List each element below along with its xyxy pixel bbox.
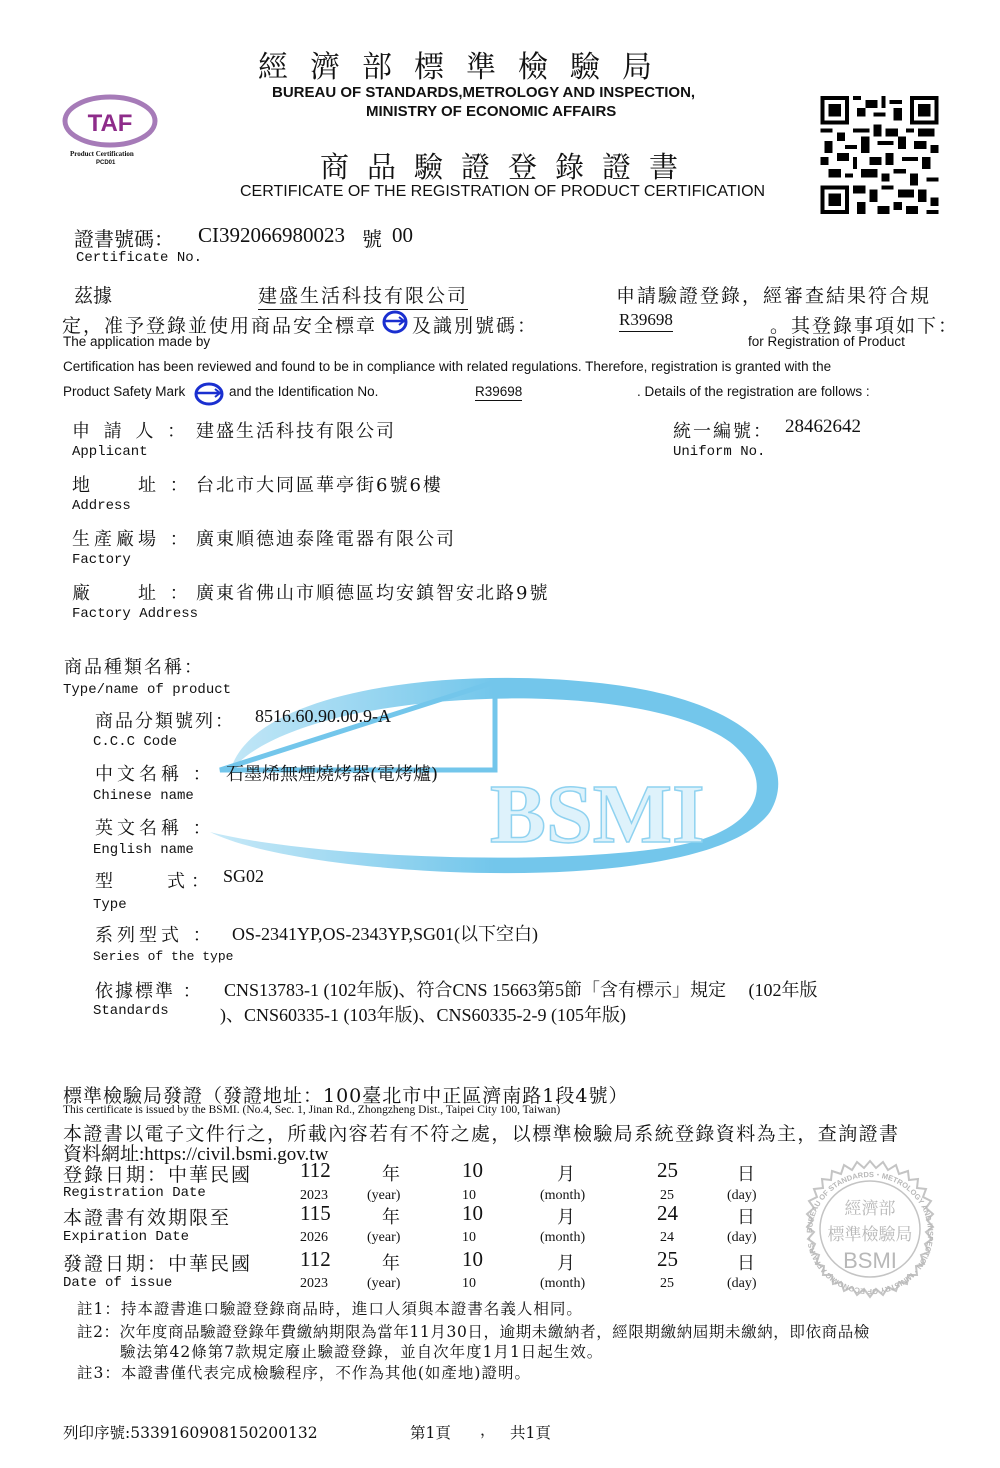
uniform-no-label: 統一編號： (673, 417, 773, 443)
statement-company: 建盛生活科技有限公司 (258, 281, 468, 310)
svg-text:BSMI: BSMI (843, 1248, 897, 1273)
certificate-no-label-en: Certificate No. (76, 250, 202, 266)
type-label-en: Type (93, 897, 127, 913)
ccc-code-label-en: C.C.C Code (93, 734, 177, 750)
issue-roc-year: 112 (300, 1247, 331, 1272)
uniform-no-label-en: Uniform No. (673, 444, 765, 460)
day-unit-en: (day) (727, 1276, 757, 1292)
factory-address-value: 廣東省佛山市順德區均安鎮智安北路9號 (196, 579, 549, 605)
print-serial: 列印序號:5339160908150200132 (63, 1421, 318, 1443)
issue-day: 25 (657, 1247, 678, 1272)
expiration-year: 2026 (300, 1230, 328, 1246)
address-label: 地 址 ： (72, 471, 192, 497)
factory-label-en: Factory (72, 552, 131, 568)
standards-line1: CNS13783-1 (102年版)、符合CNS 15663第5節「含有標示」規… (224, 976, 818, 1002)
expiration-roc-year: 115 (300, 1201, 331, 1226)
issue-date-label: 發證日期：中華民國 (63, 1249, 252, 1276)
issue-date-label-en: Date of issue (63, 1275, 172, 1291)
issue-day-en: 25 (660, 1276, 674, 1292)
day-unit: 日 (737, 1249, 755, 1275)
applicant-label-en: Applicant (72, 444, 148, 460)
year-unit: 年 (382, 1203, 400, 1229)
address-value: 台北市大同區華亭街6號6樓 (196, 471, 443, 497)
standards-label-en: Standards (93, 1003, 169, 1019)
certificate-no-suffix-label: 號 (362, 223, 382, 252)
taf-caption: Product Certification (70, 150, 134, 158)
factory-address-label-en: Factory Address (72, 606, 198, 622)
day-unit: 日 (737, 1160, 755, 1186)
svg-text:標準檢驗局: 標準檢驗局 (828, 1225, 913, 1245)
issue-month: 10 (462, 1247, 483, 1272)
agency-title-en-line1: BUREAU OF STANDARDS,METROLOGY AND INSPEC… (272, 84, 695, 101)
factory-value: 廣東順德迪泰隆電器有限公司 (196, 525, 456, 551)
registration-date-label-en: Registration Date (63, 1185, 206, 1201)
day-unit-en: (day) (727, 1230, 757, 1246)
english-name-label-en: English name (93, 842, 194, 858)
bsmi-official-seal: BUREAU OF STANDARDS・METROLOGY AND INSPEC… (790, 1158, 950, 1308)
standards-line2: )、CNS60335-1 (103年版)、CNS60335-2-9 (105年版… (220, 1001, 626, 1027)
uniform-no-value: 28462642 (785, 416, 861, 438)
statement-en-line2: Certification has been reviewed and foun… (63, 359, 831, 374)
certificate-no-value: CI392066980023 (198, 223, 345, 248)
registration-month: 10 (462, 1158, 483, 1183)
note-2-continued: 驗法第42條第7款規定廢止驗證登錄，並自次年度1月1日起生效。 (120, 1340, 603, 1362)
year-unit-en: (year) (367, 1230, 400, 1246)
month-unit-en: (month) (540, 1230, 585, 1246)
expiration-month-en: 10 (462, 1230, 476, 1246)
expiration-day-en: 24 (660, 1230, 674, 1246)
note-3: 註3：本證書僅代表完成檢驗程序，不作為其他(如產地)證明。 (77, 1361, 531, 1383)
factory-address-label: 廠 址 ： (72, 579, 192, 605)
statement-line2-mid: 及識別號碼： (412, 311, 538, 338)
registration-day: 25 (657, 1158, 678, 1183)
series-label: 系列型式 ： (95, 921, 215, 947)
standards-label: 依據標準 ： (95, 977, 203, 1003)
page-separator: ， (480, 1418, 496, 1440)
page-total: 共1頁 (510, 1421, 551, 1443)
note-1: 註1：持本證書進口驗證登錄商品時，進口人須與本證書名義人相同。 (77, 1297, 583, 1319)
safety-mark-icon (382, 310, 408, 334)
svg-text:經濟部: 經濟部 (845, 1199, 896, 1219)
chinese-name-label-en: Chinese name (93, 788, 194, 804)
statement-en-for-registration: for Registration of Product (748, 334, 905, 349)
expiration-date-label: 本證書有效期限至 (63, 1203, 231, 1230)
certificate-no-label: 證書號碼： (74, 223, 174, 252)
statement-en-application: The application made by (63, 334, 210, 349)
statement-en-line3b: and the Identification No. (229, 384, 378, 399)
type-label: 型 式： (95, 867, 215, 893)
qr-code[interactable] (820, 96, 939, 214)
year-unit-en: (year) (367, 1188, 400, 1204)
ccc-code-label: 商品分類號列： (95, 707, 235, 733)
factory-label: 生產廠場 ： (72, 525, 192, 551)
applicant-value: 建盛生活科技有限公司 (196, 417, 396, 443)
product-section-title: 商品種類名稱： (64, 653, 204, 679)
certificate-title-zh: 商品驗證登錄證書 (320, 145, 696, 186)
issue-year: 2023 (300, 1276, 328, 1292)
svg-text:BSMI: BSMI (490, 768, 705, 861)
chinese-name-value: 石墨烯無煙燒烤器(電烤爐) (226, 760, 438, 786)
type-value: SG02 (223, 866, 264, 887)
issuer-en: This certificate is issued by the BSMI. … (63, 1104, 560, 1116)
day-unit: 日 (737, 1203, 755, 1229)
series-label-en: Series of the type (93, 949, 233, 964)
applicant-label: 申 請 人 ： (72, 417, 189, 443)
year-unit: 年 (382, 1160, 400, 1186)
series-value: OS-2341YP,OS-2343YP,SG01(以下空白) (232, 920, 538, 946)
expiration-month: 10 (462, 1201, 483, 1226)
taf-code: PCD01 (96, 160, 115, 166)
statement-en-id: R39698 (475, 384, 522, 401)
expiration-day: 24 (657, 1201, 678, 1226)
certificate-title-en: CERTIFICATE OF THE REGISTRATION OF PRODU… (240, 183, 765, 201)
statement-prefix: 茲據 (74, 281, 112, 308)
english-name-label: 英文名稱 ： (95, 814, 215, 840)
ccc-code-value: 8516.60.90.00.9-A (255, 706, 391, 727)
agency-title-zh: 經濟部標準檢驗局 (258, 42, 674, 86)
issue-month-en: 10 (462, 1276, 476, 1292)
identification-no: R39698 (619, 310, 673, 332)
statement-en-line3c: . Details of the registration are follow… (637, 384, 870, 399)
certificate-no-suffix-value: 00 (392, 223, 413, 248)
month-unit-en: (month) (540, 1276, 585, 1292)
day-unit-en: (day) (727, 1188, 757, 1204)
chinese-name-label: 中文名稱 ： (95, 760, 215, 786)
page-number: 第1頁 (410, 1421, 451, 1443)
product-section-title-en: Type/name of product (63, 682, 231, 698)
taf-logo: TAF (62, 92, 158, 150)
month-unit: 月 (557, 1249, 575, 1275)
year-unit: 年 (382, 1249, 400, 1275)
year-unit-en: (year) (367, 1276, 400, 1292)
statement-line1-right: 申請驗證登錄，經審查結果符合規 (616, 281, 931, 308)
registration-date-label: 登錄日期：中華民國 (63, 1160, 252, 1187)
agency-title-en-line2: MINISTRY OF ECONOMIC AFFAIRS (366, 103, 616, 120)
month-unit-en: (month) (540, 1188, 585, 1204)
registration-roc-year: 112 (300, 1158, 331, 1183)
safety-mark-icon (193, 382, 225, 406)
svg-text:TAF: TAF (88, 110, 133, 137)
month-unit: 月 (557, 1160, 575, 1186)
note-2: 註2：次年度商品驗證登錄年費繳納期限為當年11月30日，逾期未繳納者，經限期繳納… (77, 1320, 870, 1342)
address-label-en: Address (72, 498, 131, 514)
expiration-date-label-en: Expiration Date (63, 1229, 189, 1245)
month-unit: 月 (557, 1203, 575, 1229)
statement-en-line3a: Product Safety Mark (63, 384, 185, 399)
